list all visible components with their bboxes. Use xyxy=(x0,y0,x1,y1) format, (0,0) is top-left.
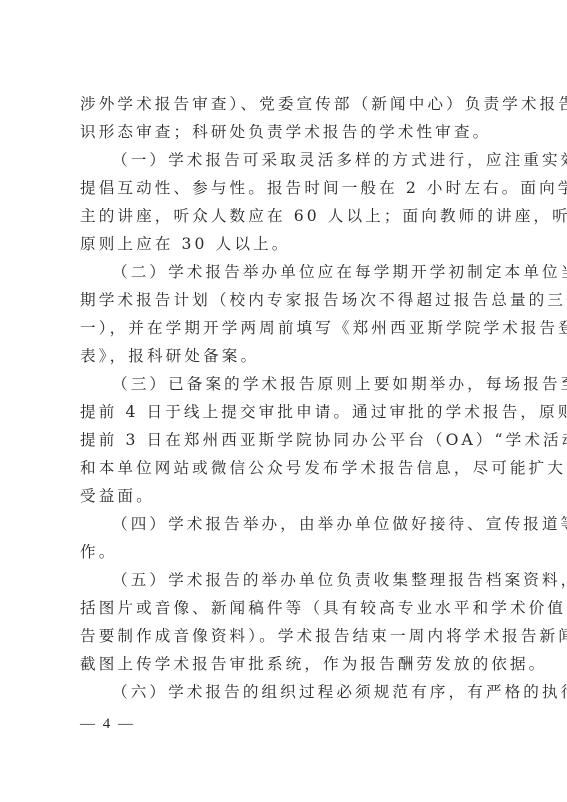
text-line: 告要制作成音像资料）。学术报告结束一周内将学术报告新闻报道 xyxy=(80,622,492,650)
text-line: （五）学术报告的举办单位负责收集整理报告档案资料，包 xyxy=(80,566,492,594)
text-line: 和本单位网站或微信公众号发布学术报告信息，尽可能扩大师生 xyxy=(80,454,492,482)
body-text: 涉外学术报告审查）、党委宣传部（新闻中心）负责学术报告的意 识形态审查；科研处负… xyxy=(80,90,492,706)
text-line: （六）学术报告的组织过程必须规范有序，有严格的执行标 xyxy=(80,678,492,706)
text-line: 识形态审查；科研处负责学术报告的学术性审查。 xyxy=(80,118,492,146)
text-line: 提前 4 日于线上提交审批申请。通过审批的学术报告，原则上要 xyxy=(80,398,492,426)
text-line: 表》，报科研处备案。 xyxy=(80,342,492,370)
text-line: （一）学术报告可采取灵活多样的方式进行，应注重实效性， xyxy=(80,146,492,174)
text-line: （三）已备案的学术报告原则上要如期举办，每场报告至少 xyxy=(80,370,492,398)
text-line: 原则上应在 30 人以上。 xyxy=(80,230,492,258)
text-line: （二）学术报告举办单位应在每学期开学初制定本单位当学 xyxy=(80,258,492,286)
text-line: 主的讲座，听众人数应在 60 人以上；面向教师的讲座，听众人数 xyxy=(80,202,492,230)
text-line: 截图上传学术报告审批系统，作为报告酬劳发放的依据。 xyxy=(80,650,492,678)
document-page: 涉外学术报告审查）、党委宣传部（新闻中心）负责学术报告的意 识形态审查；科研处负… xyxy=(0,0,567,802)
text-line: 作。 xyxy=(80,538,492,566)
text-line: 受益面。 xyxy=(80,482,492,510)
text-line: 提前 3 日在郑州西亚斯学院协同办公平台（OA）“学术活动”专栏 xyxy=(80,426,492,454)
text-line: 括图片或音像、新闻稿件等（具有较高专业水平和学术价值的报 xyxy=(80,594,492,622)
text-line: （四）学术报告举办，由举办单位做好接待、宣传报道等工 xyxy=(80,510,492,538)
text-line: 涉外学术报告审查）、党委宣传部（新闻中心）负责学术报告的意 xyxy=(80,90,492,118)
text-line: 提倡互动性、参与性。报告时间一般在 2 小时左右。面向学生为 xyxy=(80,174,492,202)
text-line: 一），并在学期开学两周前填写《郑州西亚斯学院学术报告登记 xyxy=(80,314,492,342)
page-number: — 4 — xyxy=(80,716,135,733)
text-line: 期学术报告计划（校内专家报告场次不得超过报告总量的三分之 xyxy=(80,286,492,314)
